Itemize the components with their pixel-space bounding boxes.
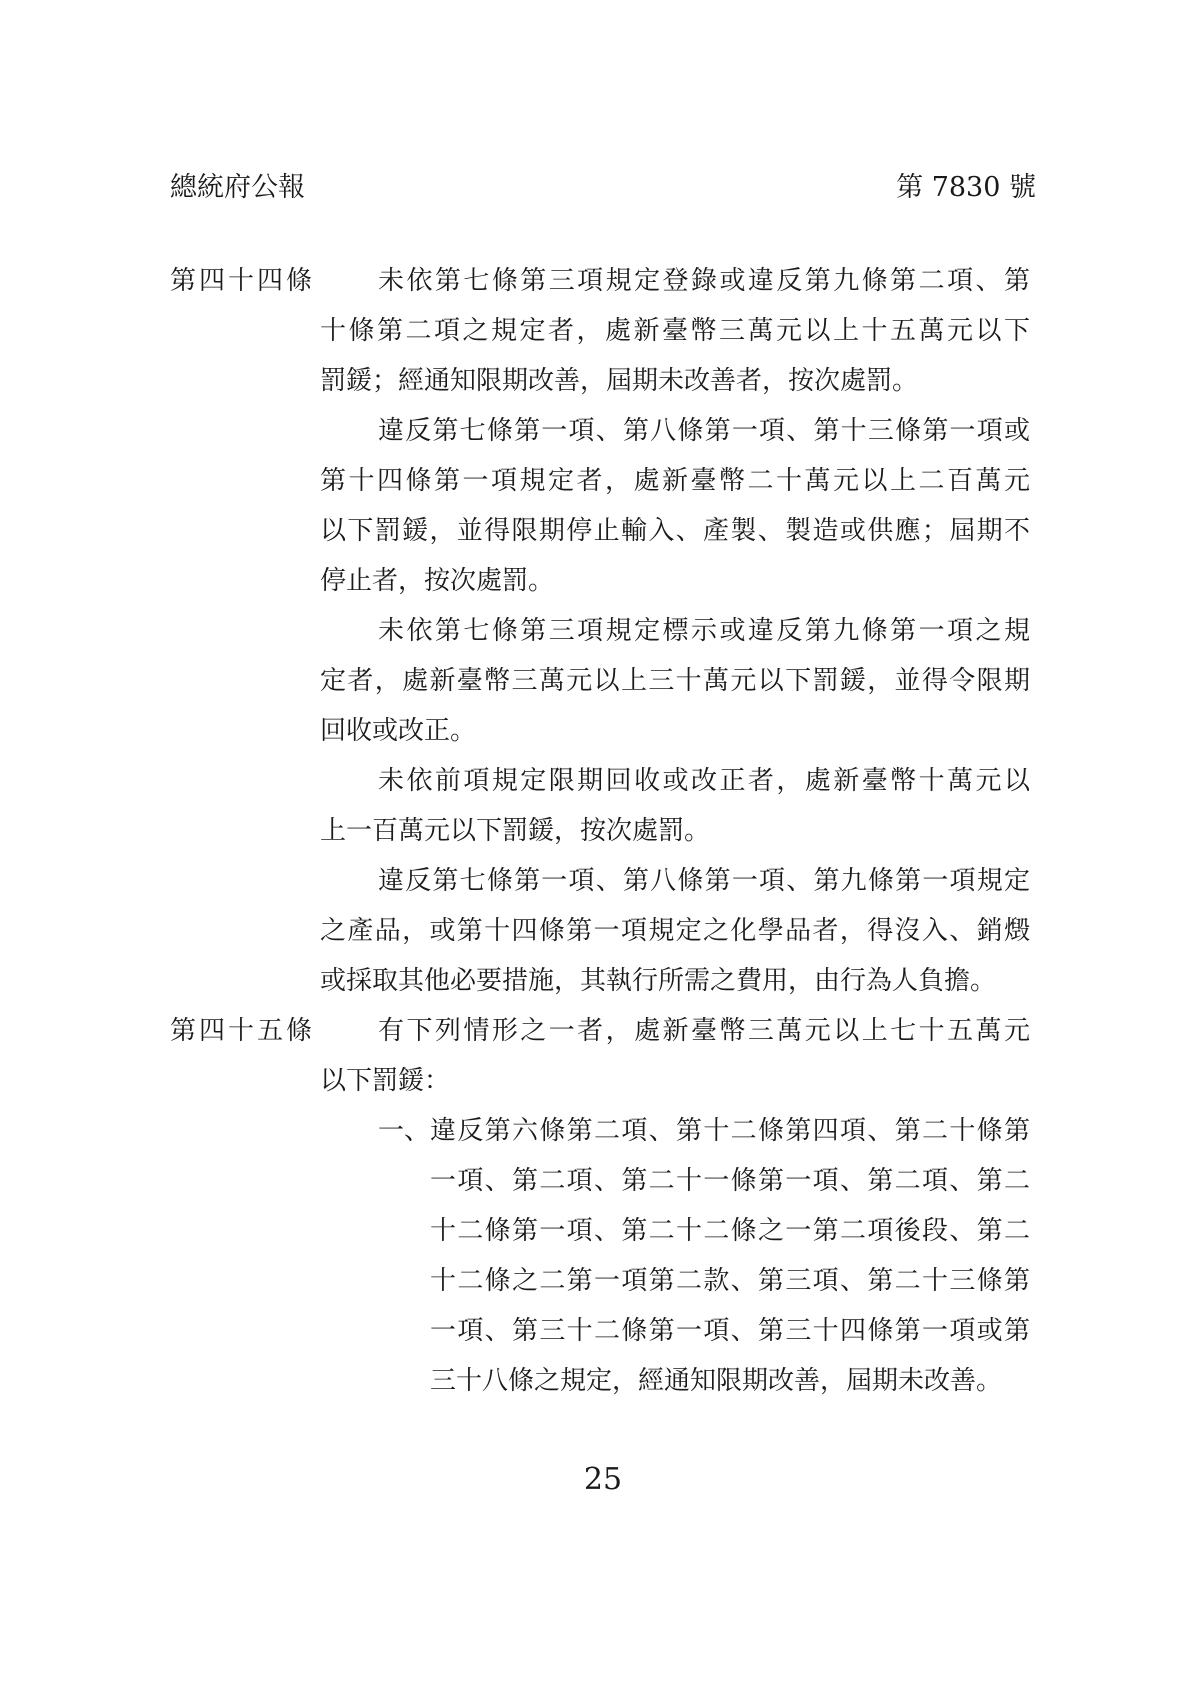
gazette-page: 總統府公報 第 7830 號 第四十四條未依第七條第三項規定登錄或違反第九條第二… [0, 0, 1200, 1696]
list-item-number: 一、 [378, 1106, 430, 1156]
line-text: 違反第七條第一項、第八條第一項、第九條第一項規定 [378, 856, 1030, 906]
line-text: 未依第七條第三項規定登錄或違反第九條第二項、第 [378, 256, 1030, 306]
line-text: 有下列情形之一者，處新臺幣三萬元以上七十五萬元 [378, 1006, 1030, 1056]
line-text: 未依第七條第三項規定標示或違反第九條第一項之規 [378, 606, 1030, 656]
text-line: 以下罰鍰，並得限期停止輸入、產製、製造或供應；屆期不 [170, 506, 1036, 556]
article-number: 第四十五條 [170, 1006, 315, 1056]
line-text: 回收或改正。 [320, 706, 1030, 756]
text-line: 罰鍰；經通知限期改善，屆期未改善者，按次處罰。 [170, 356, 1036, 406]
text-line: 三十八條之規定，經通知限期改善，屆期未改善。 [170, 1356, 1036, 1406]
line-text: 罰鍰；經通知限期改善，屆期未改善者，按次處罰。 [320, 356, 1030, 406]
line-text: 十二條之二第一項第二款、第三項、第二十三條第 [430, 1256, 1030, 1306]
text-line: 第四十五條有下列情形之一者，處新臺幣三萬元以上七十五萬元 [170, 1006, 1036, 1056]
line-text: 三十八條之規定，經通知限期改善，屆期未改善。 [430, 1356, 1030, 1406]
text-line: 十二條第一項、第二十二條之一第二項後段、第二 [170, 1206, 1036, 1256]
text-line: 第十四條第一項規定者，處新臺幣二十萬元以上二百萬元 [170, 456, 1036, 506]
text-line: 第四十四條未依第七條第三項規定登錄或違反第九條第二項、第 [170, 256, 1036, 306]
article-number: 第四十四條 [170, 256, 315, 306]
line-text: 未依前項規定限期回收或改正者，處新臺幣十萬元以 [378, 756, 1030, 806]
line-text: 以下罰鍰： [320, 1056, 1030, 1106]
text-line: 十二條之二第一項第二款、第三項、第二十三條第 [170, 1256, 1036, 1306]
line-text: 停止者，按次處罰。 [320, 556, 1030, 606]
text-line: 之產品，或第十四條第一項規定之化學品者，得沒入、銷燬 [170, 906, 1036, 956]
line-text: 以下罰鍰，並得限期停止輸入、產製、製造或供應；屆期不 [320, 506, 1030, 556]
page-header: 總統府公報 第 7830 號 [170, 172, 1036, 204]
line-text: 第十四條第一項規定者，處新臺幣二十萬元以上二百萬元 [320, 456, 1030, 506]
text-line: 停止者，按次處罰。 [170, 556, 1036, 606]
issue-number: 第 7830 號 [896, 172, 1036, 204]
publication-title: 總統府公報 [170, 172, 305, 204]
line-text: 之產品，或第十四條第一項規定之化學品者，得沒入、銷燬 [320, 906, 1030, 956]
line-text: 違反第六條第二項、第十二條第四項、第二十條第 [430, 1106, 1030, 1156]
text-line: 上一百萬元以下罰鍰，按次處罰。 [170, 806, 1036, 856]
text-line: 違反第七條第一項、第八條第一項、第十三條第一項或 [170, 406, 1036, 456]
text-line: 十條第二項之規定者，處新臺幣三萬元以上十五萬元以下 [170, 306, 1036, 356]
line-text: 一項、第三十二條第一項、第三十四條第一項或第 [430, 1306, 1030, 1356]
text-line: 回收或改正。 [170, 706, 1036, 756]
text-line: 一項、第三十二條第一項、第三十四條第一項或第 [170, 1306, 1036, 1356]
text-line: 或採取其他必要措施，其執行所需之費用，由行為人負擔。 [170, 956, 1036, 1006]
text-line: 未依前項規定限期回收或改正者，處新臺幣十萬元以 [170, 756, 1036, 806]
line-text: 上一百萬元以下罰鍰，按次處罰。 [320, 806, 1030, 856]
text-line: 違反第七條第一項、第八條第一項、第九條第一項規定 [170, 856, 1036, 906]
text-line: 以下罰鍰： [170, 1056, 1036, 1106]
text-line: 一、違反第六條第二項、第十二條第四項、第二十條第 [170, 1106, 1036, 1156]
document-body: 第四十四條未依第七條第三項規定登錄或違反第九條第二項、第十條第二項之規定者，處新… [170, 256, 1036, 1406]
line-text: 違反第七條第一項、第八條第一項、第十三條第一項或 [378, 406, 1030, 456]
line-text: 十條第二項之規定者，處新臺幣三萬元以上十五萬元以下 [320, 306, 1030, 356]
line-text: 定者，處新臺幣三萬元以上三十萬元以下罰鍰，並得令限期 [320, 656, 1030, 706]
text-line: 一項、第二項、第二十一條第一項、第二項、第二 [170, 1156, 1036, 1206]
line-text: 一項、第二項、第二十一條第一項、第二項、第二 [430, 1156, 1030, 1206]
text-line: 定者，處新臺幣三萬元以上三十萬元以下罰鍰，並得令限期 [170, 656, 1036, 706]
text-line: 未依第七條第三項規定標示或違反第九條第一項之規 [170, 606, 1036, 656]
line-text: 十二條第一項、第二十二條之一第二項後段、第二 [430, 1206, 1030, 1256]
line-text: 或採取其他必要措施，其執行所需之費用，由行為人負擔。 [320, 956, 1030, 1006]
page-number: 25 [170, 1462, 1036, 1497]
